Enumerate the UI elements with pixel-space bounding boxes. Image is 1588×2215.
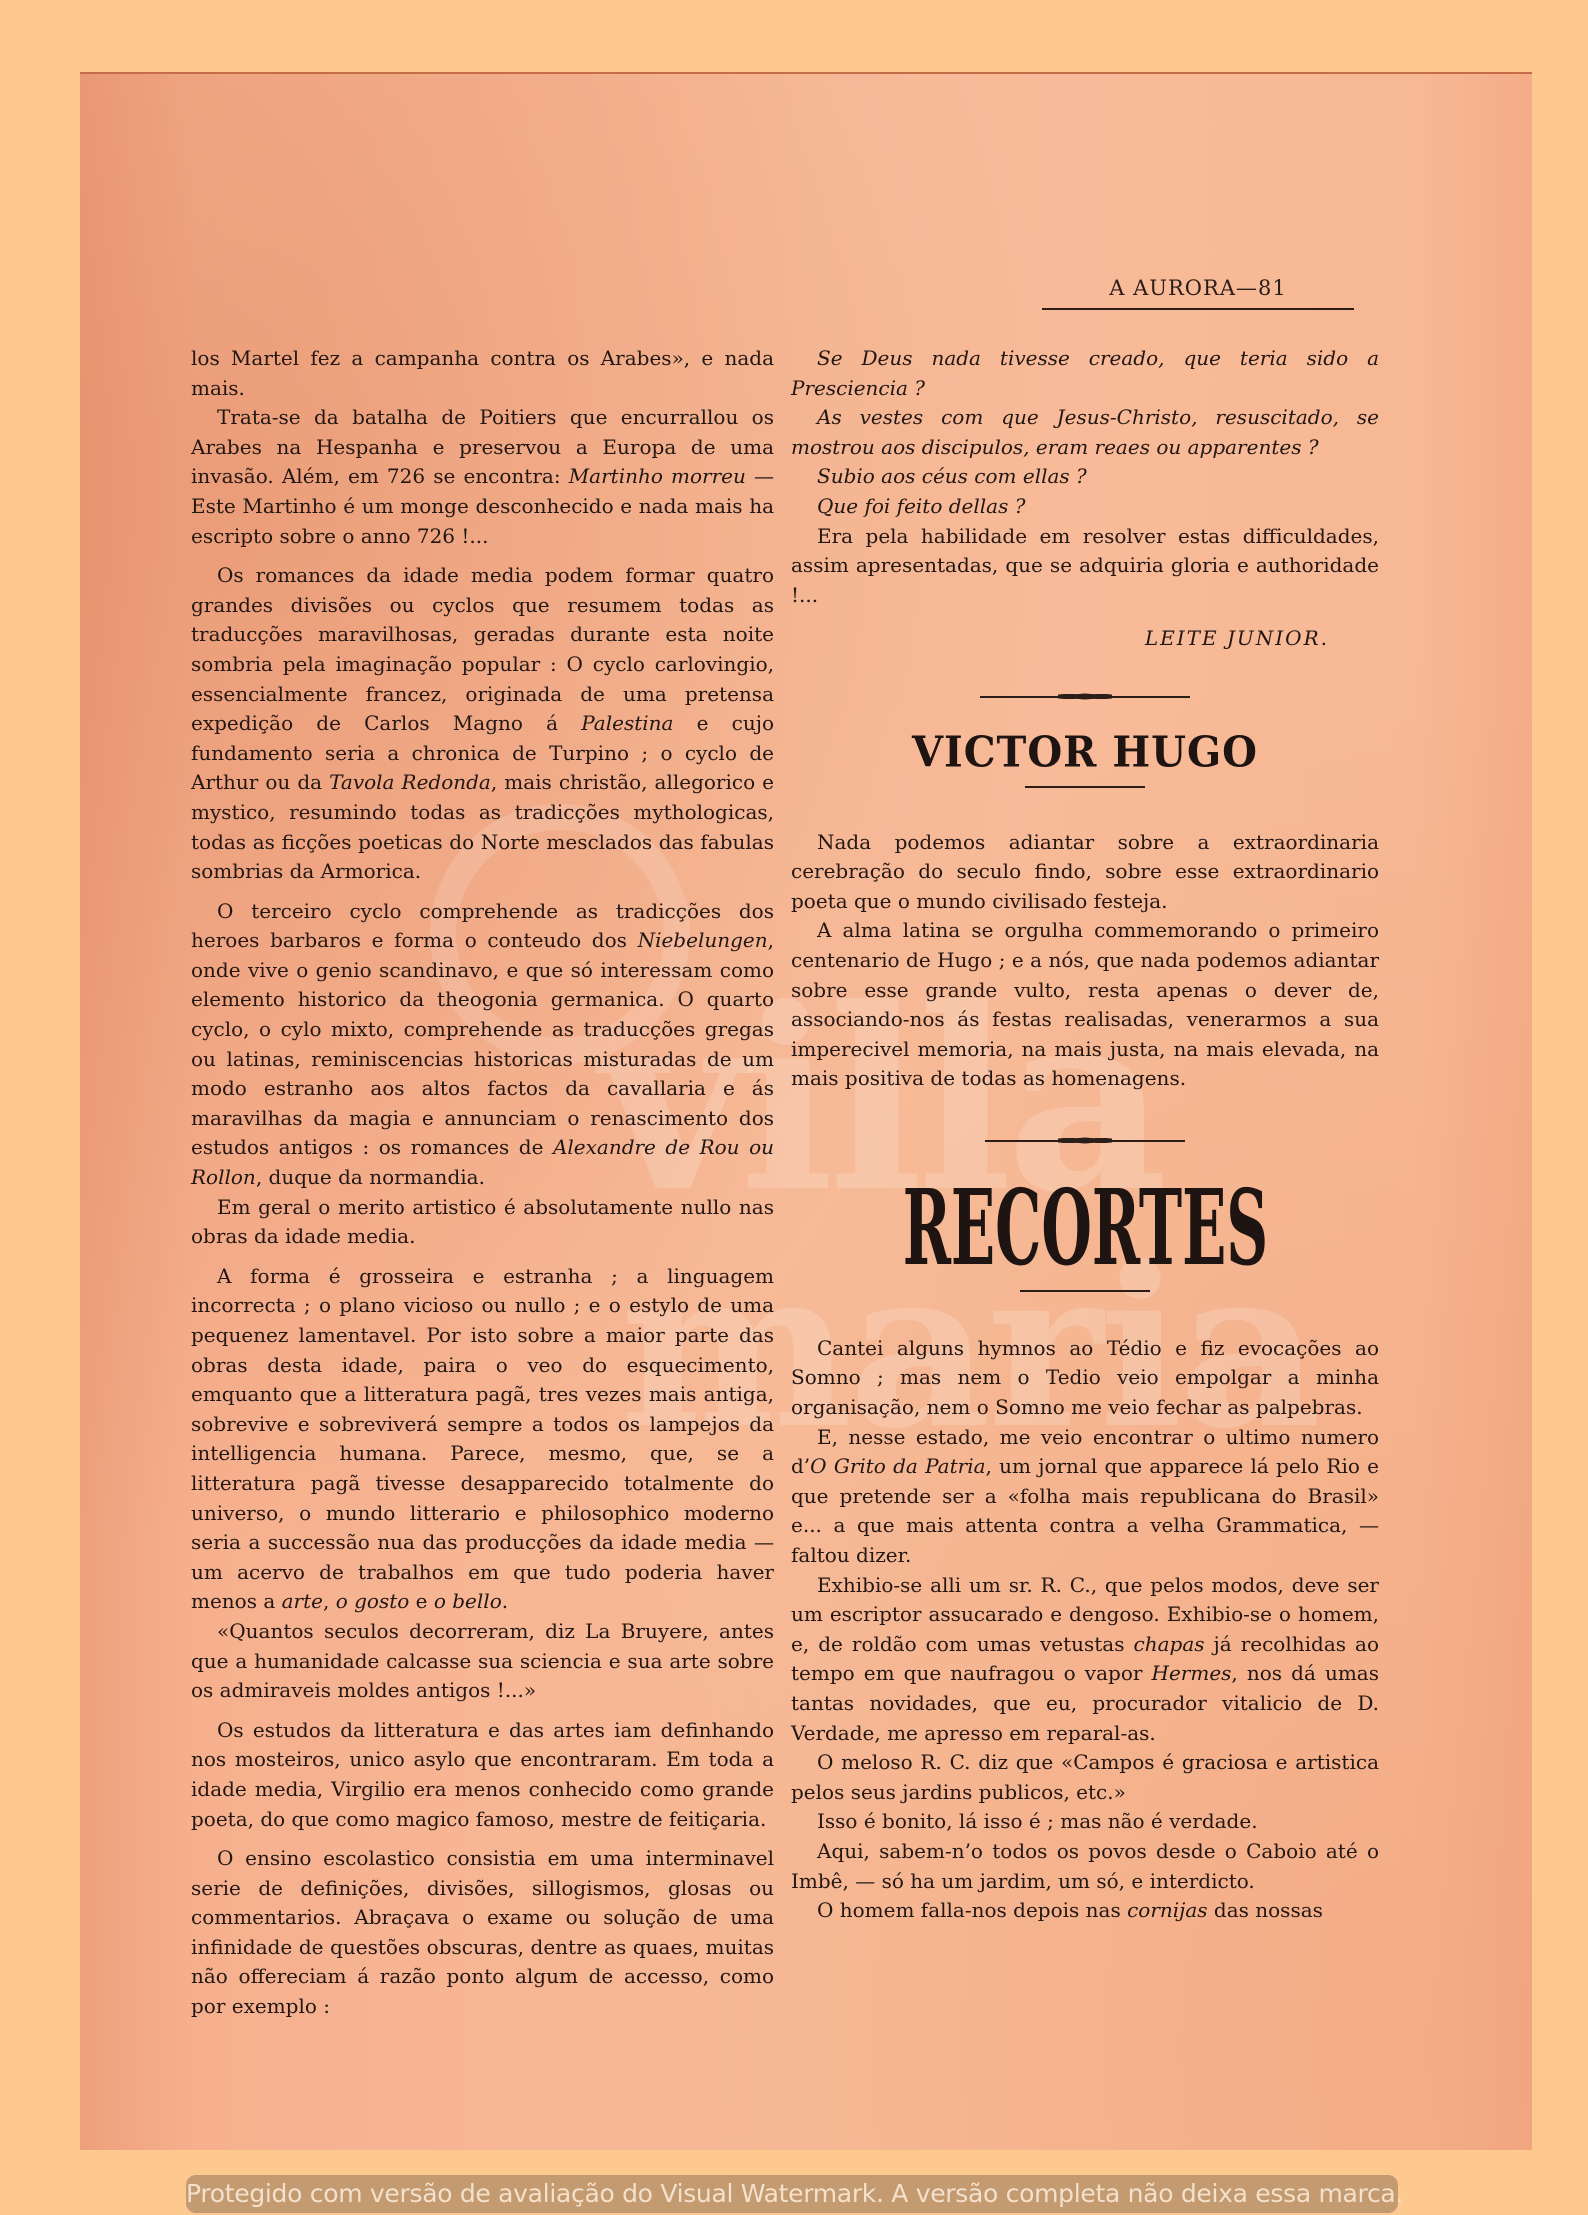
right-column: Se Deus nada tivesse creado, que teria s… (791, 344, 1379, 1926)
author-signature: LEITE JUNIOR. (791, 624, 1329, 654)
paragraph: Os romances da idade media podem formar … (191, 561, 774, 887)
paragraph: Exhibio-se alli um sr. R. C., que pelos … (791, 1571, 1379, 1749)
question-line: Que foi feito dellas ? (791, 492, 1379, 522)
left-column: los Martel fez a campanha contra os Arab… (191, 344, 774, 2022)
ornamental-rule-icon (985, 1134, 1185, 1148)
question-line: Subio aos céus com ellas ? (791, 462, 1379, 492)
paragraph: O ensino escolastico consistia em uma in… (191, 1844, 774, 2022)
paragraph: O terceiro cyclo comprehende as tradicçõ… (191, 897, 774, 1193)
paragraph: Nada podemos adiantar sobre a extraordin… (791, 828, 1379, 917)
running-head: A AURORA—81 (1042, 276, 1354, 310)
paragraph: Os estudos da litteratura e das artes ia… (191, 1716, 774, 1834)
paragraph: O homem falla-nos depois nas cornijas da… (791, 1896, 1379, 1926)
section-title-victor-hugo: VICTOR HUGO (791, 737, 1379, 768)
paragraph: A alma latina se orgulha commemorando o … (791, 916, 1379, 1094)
paragraph: A forma é grosseira e estranha ; a lingu… (191, 1262, 774, 1617)
watermark-notice-banner: Protegido com versão de avaliação do Vis… (186, 2175, 1398, 2213)
question-line: Se Deus nada tivesse creado, que teria s… (791, 344, 1379, 403)
paragraph: E, nesse estado, me veio encontrar o ult… (791, 1423, 1379, 1571)
paragraph: Cantei alguns hymnos ao Tédio e fiz evoc… (791, 1334, 1379, 1423)
paragraph: O meloso R. C. diz que «Campos é gracios… (791, 1748, 1379, 1807)
paragraph: Isso é bonito, lá isso é ; mas não é ver… (791, 1807, 1379, 1837)
paragraph: Aqui, sabem-n’o todos os povos desde o C… (791, 1837, 1379, 1896)
paragraph: Trata-se da batalha de Poitiers que encu… (191, 403, 774, 551)
paragraph: Era pela habilidade em resolver estas di… (791, 522, 1379, 611)
question-line: As vestes com que Jesus-Christo, resusci… (791, 403, 1379, 462)
section-title-recortes: RECORTES (903, 1176, 1268, 1280)
paragraph: Em geral o merito artistico é absolutame… (191, 1193, 774, 1252)
quote-paragraph: «Quantos seculos decorreram, diz La Bruy… (191, 1617, 774, 1706)
ornamental-rule-icon (980, 690, 1190, 704)
paragraph: los Martel fez a campanha contra os Arab… (191, 344, 774, 403)
